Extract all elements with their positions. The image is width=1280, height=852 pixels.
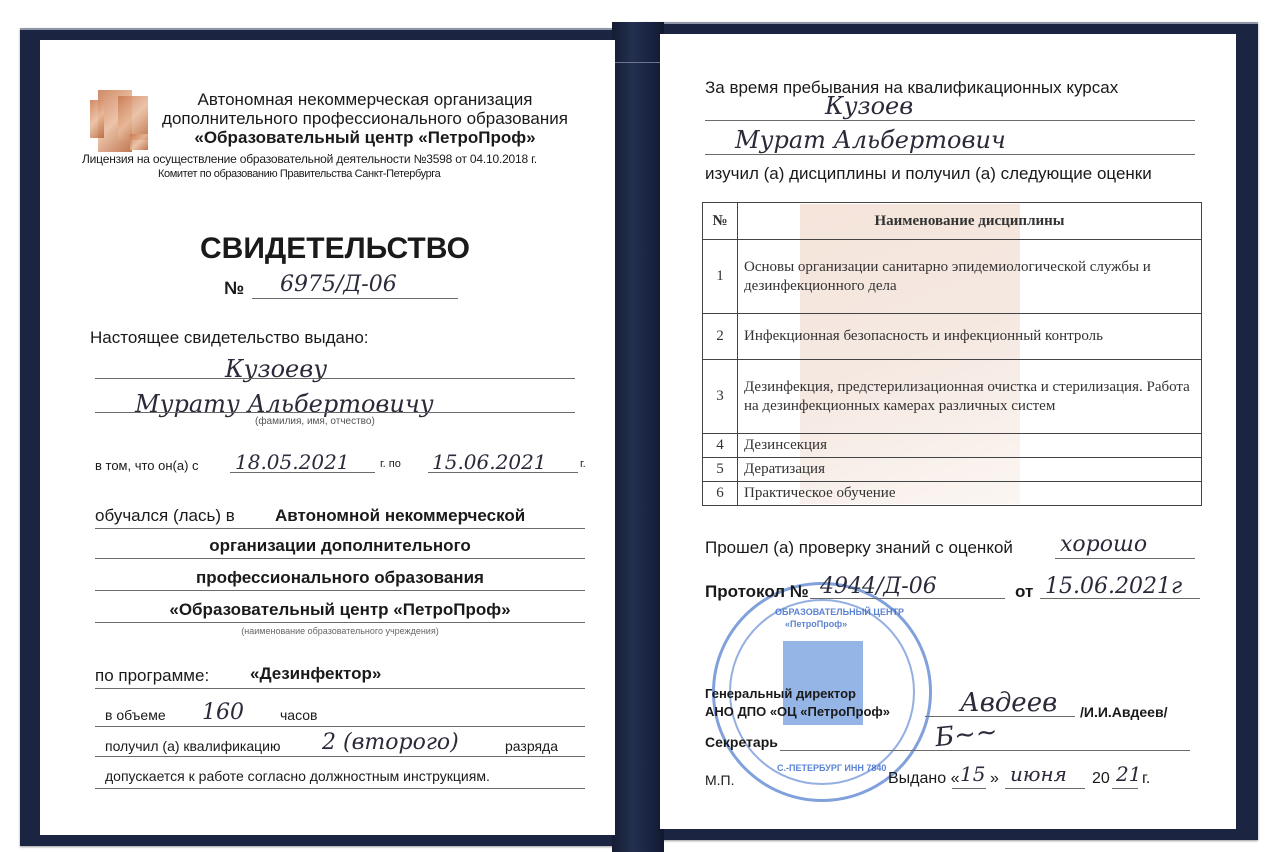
protocol-from-label: от: [1015, 582, 1033, 602]
qual-value: 2 (второго): [322, 730, 459, 755]
exam-label: Прошел (а) проверку знаний с оценкой: [705, 538, 1013, 558]
period-mid: г. по: [380, 458, 401, 470]
issued-month: июня: [1010, 762, 1067, 786]
exam-grade: хорошо: [1060, 532, 1147, 557]
disciplines-table: № Наименование дисциплины 1Основы органи…: [702, 202, 1202, 506]
certificate-title: СВИДЕТЕЛЬСТВО: [200, 232, 470, 266]
studied-prefix: обучался (лась) в: [95, 506, 235, 526]
certificate-right-page: За время пребывания на квалификационных …: [660, 34, 1236, 829]
secretary-signature: Б~~: [934, 717, 999, 753]
table-row: 6Практическое обучение: [703, 482, 1202, 506]
hours-prefix: в объеме: [105, 707, 166, 723]
director-title-1: Генеральный директор: [705, 686, 856, 701]
issued-day: 15: [960, 762, 985, 786]
date-from: 18.05.2021: [235, 450, 350, 474]
admitted-text: допускается к работе согласно должностны…: [105, 768, 490, 784]
license-text: Лицензия на осуществление образовательно…: [82, 152, 537, 166]
qual-suffix: разряда: [505, 738, 558, 754]
number-label: №: [224, 278, 244, 299]
secretary-label: Секретарь: [705, 734, 778, 750]
protocol-date: 15.06.2021г: [1045, 574, 1182, 599]
director-signature: Авдеев: [960, 688, 1057, 718]
certificate-number: 6975/Д-06: [280, 272, 397, 297]
org-header-line3: «Образовательный центр «ПетроПроф»: [155, 128, 575, 148]
issued-suffix: г.: [1142, 770, 1150, 788]
qual-prefix: получил (а) квалификацию: [105, 738, 280, 754]
issued-year-suffix: 21: [1116, 762, 1141, 786]
issued-mid: »: [990, 770, 999, 788]
period-prefix: в том, что он(а) с: [95, 458, 199, 473]
mp-label: М.П.: [705, 772, 735, 788]
protocol-label: Протокол №: [705, 582, 809, 602]
col-number-header: №: [703, 203, 738, 240]
org-line2: организации дополнительного: [95, 536, 585, 556]
recipient-name: Мурату Альбертовичу: [135, 390, 434, 418]
table-row: 1Основы организации санитарно эпидемиоло…: [703, 240, 1202, 314]
director-title-2: АНО ДПО «ОЦ «ПетроПроф»: [705, 704, 890, 719]
hours-value: 160: [202, 700, 244, 725]
table-row: 2Инфекционная безопасность и инфекционны…: [703, 314, 1202, 360]
book-spine: [612, 22, 664, 852]
org-header-line2: дополнительного профессионального образо…: [155, 109, 575, 129]
period-suffix: г.: [580, 458, 586, 470]
student-name: Мурат Альбертович: [735, 126, 1006, 154]
hours-suffix: часов: [280, 707, 317, 723]
studied-text: изучил (а) дисциплины и получил (а) след…: [705, 164, 1152, 184]
fio-caption: (фамилия, имя, отчество): [255, 416, 375, 427]
student-surname: Кузоев: [825, 92, 913, 120]
director-name: /И.И.Авдеев/: [1080, 704, 1167, 720]
org-header-line1: Автономная некоммерческая организация: [155, 90, 575, 110]
program-value: «Дезинфектор»: [250, 664, 381, 684]
org-line4: «Образовательный центр «ПетроПроф»: [95, 600, 585, 620]
committee-text: Комитет по образованию Правительства Сан…: [158, 168, 440, 180]
table-row: 4Дезинсекция: [703, 434, 1202, 458]
issued-year-prefix: 20: [1092, 770, 1110, 788]
date-to: 15.06.2021: [432, 450, 547, 474]
issued-to-label: Настоящее свидетельство выдано:: [90, 328, 369, 348]
issued-prefix: Выдано «: [888, 770, 959, 788]
table-row: 3Дезинфекция, предстерилизационная очист…: [703, 360, 1202, 434]
org-caption: (наименование образовательного учреждени…: [95, 626, 585, 636]
protocol-number: 4944/Д-06: [820, 574, 937, 599]
col-name-header: Наименование дисциплины: [738, 203, 1202, 240]
program-label: по программе:: [95, 666, 209, 686]
table-row: 5Дератизация: [703, 458, 1202, 482]
org-line1: Автономной некоммерческой: [275, 506, 525, 526]
certificate-left-page: Автономная некоммерческая организация до…: [40, 40, 615, 835]
petroprof-logo-icon: [90, 90, 152, 152]
org-line3: профессионального образования: [95, 568, 585, 588]
